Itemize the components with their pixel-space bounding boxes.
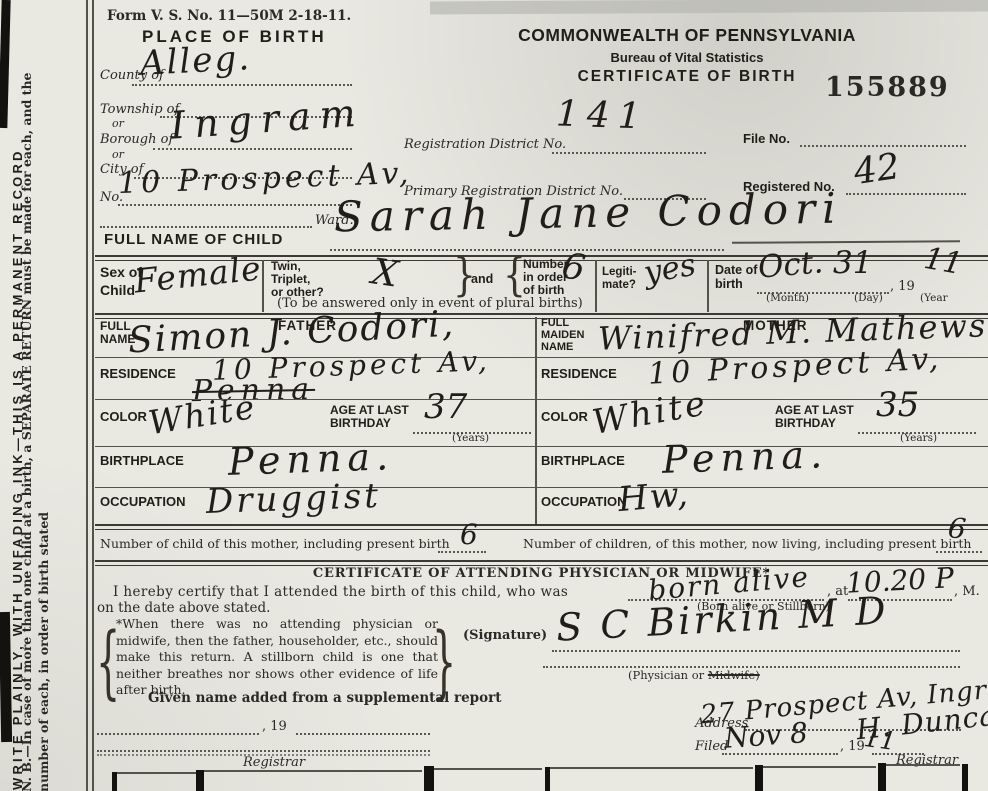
borough-value: Ingram [169,93,366,144]
year-caption: (Year [920,292,948,304]
bottom-box-edge-2 [202,770,422,772]
child-name-line [330,247,724,251]
children-living-line [936,549,982,553]
and-label: and [471,272,493,286]
physician-footnote: *When there was no attending physician o… [116,616,438,699]
capacity-caption: (Physician or Midwife) [628,668,760,682]
bottom-box-post-2 [196,770,204,791]
day-caption: (Day) [854,292,883,304]
father-residence-label: RESIDENCE [100,366,176,381]
mother-age-label: AGE AT LAST BIRTHDAY [775,404,854,430]
signature-label: (Signature) [463,628,547,643]
margin-binding-text: MARGIN RESERVED FOR BINDING [0,198,3,791]
filed-line-left [722,751,838,755]
county-value: Alleg. [139,41,252,81]
mother-occupation-label: OCCUPATION [541,494,626,509]
bottom-box-edge-4 [550,767,753,769]
child-name-dash [732,240,960,244]
bottom-box-post-4 [545,767,550,791]
mother-occupation-value: Hw, [617,477,691,517]
file-no-line [800,143,966,147]
registration-district-value: 141 [555,96,649,135]
father-age-label: AGE AT LAST BIRTHDAY [330,404,409,430]
form-number: Form V. S. No. 11—50M 2-18-11. [107,8,351,24]
bottom-box-edge-1 [112,772,198,774]
ward-line [100,224,312,228]
legitimate-value: yes [642,250,698,290]
child-name-value: Sarah Jane Codori [334,188,843,239]
mother-birthplace-rule [535,487,988,488]
filed-date-value: Nov 8 [723,719,809,753]
signature-line [552,648,960,652]
father-occupation-label: OCCUPATION [100,494,185,509]
sex-cell-divider-3 [707,260,709,312]
serial-number: 155889 [825,72,950,103]
child-name-label: FULL NAME OF CHILD [104,231,283,248]
mother-age-value: 35 [876,388,919,422]
margin-rule-inner [92,0,94,791]
bureau-heading: Bureau of Vital Statistics [497,50,877,65]
scan-shade-top [430,0,988,14]
supplemental-year-blank: , 19 [262,719,287,734]
bottom-box-edge-3 [432,768,542,770]
sex-cell-divider-2 [595,260,597,312]
registered-no-value: 42 [852,149,902,191]
supplemental-date-line-right [296,731,430,735]
birth-certificate-scan: MARGIN RESERVED FOR BINDING WRITE PLAINL… [0,0,988,791]
bottom-box-post-3 [424,766,434,791]
mother-birthplace-label: BIRTHPLACE [541,453,625,468]
borough-label: Borough of [100,132,173,147]
father-age-value: 37 [424,390,467,424]
mother-residence-rule [535,399,988,400]
margin-rule-outer [86,0,88,791]
physician-signature-value: S C Birkin M D [555,591,889,646]
registrar-label-left: Registrar [243,755,305,770]
birth-year-prefix: , 19 [890,279,915,294]
twin-value: X [370,254,400,293]
certify-text-2: on the date above stated. [97,600,270,616]
supplemental-note: Given name added from a supplemental rep… [148,690,501,706]
registration-district-line [552,150,706,154]
father-color-label: COLOR [100,409,147,424]
or-label-1: or [112,117,124,130]
mother-name-label: FULL MAIDEN NAME [541,317,584,353]
children-total-value: 6 [460,521,478,549]
rule-below-parents [95,524,988,530]
or-label-2: or [112,148,124,161]
father-color-value: White [146,390,258,440]
twin-label: Twin, Triplet, or other? [271,260,324,299]
date-of-birth-label: Date of birth [715,263,757,291]
supplemental-date-line-left [97,731,259,735]
father-years-caption: (Years) [452,432,489,444]
commonwealth-heading: COMMONWEALTH OF PENNSYLVANIA [497,25,877,46]
m-label: , M. [954,584,980,599]
county-line [132,82,352,86]
father-occupation-value: Druggist [205,479,381,519]
birth-year-value: 11 [922,244,965,280]
registration-district-label: Registration District No. [404,137,566,152]
capacity-caption-prefix: (Physician or [628,668,708,682]
street-line [118,202,352,206]
birth-day-value: 31 [833,248,872,279]
bottom-box-edge-6 [884,764,960,766]
legitimate-label: Legiti- mate? [602,266,637,292]
birth-month-value: Oct. [757,247,825,284]
mother-years-caption: (Years) [900,432,937,444]
bottom-box-edge-5 [762,766,876,768]
father-birthplace-value: Penna. [227,437,394,481]
file-no-label: File No. [743,131,790,146]
bottom-box-post-5 [755,765,763,791]
mother-color-value: White [590,386,711,440]
mother-color-label: COLOR [541,409,588,424]
capacity-caption-struck: Midwife) [708,668,760,682]
parents-divider [535,317,537,524]
children-living-label: Number of children, of this mother, now … [523,536,971,551]
certificate-title: CERTIFICATE OF BIRTH [497,68,877,86]
certify-text: I hereby certify that I attended the bir… [113,584,568,600]
bottom-box-post-7 [962,764,968,791]
children-total-label: Number of child of this mother, includin… [100,536,450,551]
month-caption: (Month) [766,292,809,304]
margin-nb-note: N. B.—In case of more than one child at … [18,50,52,791]
children-living-value: 6 [947,514,968,544]
father-residence-rule [95,399,535,400]
birth-order-value: 6 [559,248,588,287]
mother-residence-label: RESIDENCE [541,366,617,381]
scan-edge-mark-top [0,0,11,128]
borough-line [153,146,352,150]
bottom-box-post-6 [878,763,886,791]
father-birthplace-label: BIRTHPLACE [100,453,184,468]
mother-birthplace-value: Penna. [661,435,828,479]
bottom-box-post-1 [112,772,117,791]
